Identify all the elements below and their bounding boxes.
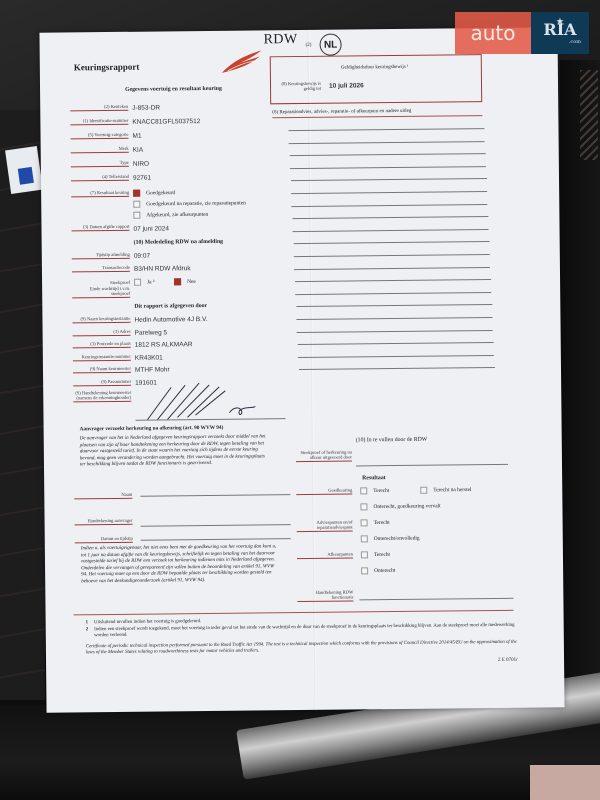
name-label: Naam — [74, 492, 132, 500]
validity-date: 10 juli 2026 — [329, 82, 364, 89]
inspection-report-document: Keuringsrapport RDW (2) NL Geldigheidsdu… — [39, 27, 564, 712]
issuer-field-label: (3) Postcode en plaats — [73, 341, 131, 349]
reinspection-note: Indien u, als voertuigeigenaar, het niet… — [81, 544, 281, 586]
footnote-number: 2 — [86, 627, 89, 638]
steekproef-label: Steekproef — [72, 280, 130, 286]
watermark-domain: .com — [569, 36, 581, 48]
rdw-option-text: Terecht — [373, 488, 389, 494]
vehicle-field-value: NIRO — [133, 161, 149, 168]
reinspection-body: De aanvrager van het in Nederland afgege… — [80, 434, 268, 469]
steekproef-option-ja[interactable]: Ja ² — [134, 279, 155, 286]
rdw-option-text: Terecht na herstel — [433, 487, 471, 493]
steekproef-option-nee[interactable]: Nee — [174, 278, 196, 285]
rdw-option-text: Onterecht — [374, 568, 395, 574]
rdw-row-label: Adviespunten en/of reparatieadviespunt — [297, 519, 353, 532]
footer-divider — [74, 610, 514, 616]
applicant-signature-input[interactable] — [141, 524, 291, 527]
vehicle-field-label: (4) Tellerstand — [71, 174, 129, 182]
result-option-text: Goedgekeurd na reparatie, zie reparatiep… — [146, 200, 246, 207]
repair-advice-line[interactable] — [295, 279, 491, 282]
rdw-result-option[interactable]: Onterecht, goedkeuring vervalt — [360, 503, 440, 511]
issuer-field-value: 1812 RS ALKMAAR — [135, 341, 193, 349]
certificate-text: Certificate of periodic technical inspec… — [86, 640, 526, 657]
result-checkbox[interactable] — [133, 212, 140, 219]
result-checkbox[interactable] — [133, 190, 140, 197]
car-seat-left — [0, 110, 45, 700]
checkbox-ja[interactable] — [134, 279, 141, 286]
repair-advice-line[interactable] — [289, 141, 485, 144]
watermark-ria: ★ RIA .com — [531, 12, 589, 54]
rdw-option-text: Onterecht, goedkeuring vervalt — [373, 503, 440, 510]
repair-advice-line[interactable] — [293, 229, 489, 232]
footnote-number: 1 — [86, 620, 88, 626]
validity-box: Geldigheidsduur keuringsbewijs ¹ (8) Keu… — [270, 54, 482, 104]
rdw-result-option[interactable]: Terecht — [361, 519, 390, 526]
rdw-result-option[interactable]: Terecht na herstel — [420, 486, 471, 494]
result-label: (7) Resultaat keuring — [71, 190, 129, 198]
vehicle-field-value: M1 — [133, 133, 142, 140]
watermark-ria-text: RIA — [543, 24, 576, 36]
rdw-checkbox[interactable] — [361, 519, 368, 526]
country-code-badge: NL — [319, 34, 341, 56]
repair-advice-line[interactable] — [293, 241, 489, 244]
repair-advice-line[interactable] — [291, 178, 487, 181]
issuer-field-label: Keuringsinstantie-nummer — [73, 353, 131, 361]
rdw-signature-input[interactable] — [359, 598, 513, 601]
notification-field-label: Transactiecode — [72, 265, 130, 273]
repair-advice-line[interactable] — [292, 216, 488, 219]
result-option-text: Afgekeurd, zie afkeurpunten — [146, 212, 208, 219]
date-label: (3) Datum afgifte rapport — [71, 224, 129, 232]
vehicle-field-value: KIA — [133, 147, 144, 154]
watermark-auto: auto — [455, 12, 531, 54]
form-code: 2 E 0701r — [498, 658, 518, 663]
inspector-signature-icon — [143, 376, 273, 421]
result-option[interactable]: Afgekeurd, zie afkeurpunten — [133, 211, 208, 219]
rdw-option-text: Terecht — [374, 520, 390, 526]
rdw-result-option[interactable]: Onterecht/onvolledig — [361, 535, 420, 543]
repair-advice-line[interactable] — [292, 204, 488, 207]
rdw-steekproef-input[interactable] — [356, 464, 508, 467]
vehicle-field-label: (2) Kenteken — [70, 104, 128, 112]
rdw-steekproef-label: Steekproef of herkeuring na afkeur uitge… — [296, 449, 352, 462]
repair-advice-line[interactable] — [295, 292, 491, 295]
repair-advice-line[interactable] — [297, 330, 493, 333]
issuer-field-value: Parelweg 5 — [135, 329, 168, 336]
country-ref: (2) — [306, 43, 312, 48]
validity-heading: Geldigheidsduur keuringsbewijs ¹ — [341, 65, 409, 71]
vehicle-field-label: (1) Identificatie-nummer — [70, 118, 128, 126]
rdw-checkbox[interactable] — [360, 487, 367, 494]
pavement-tile — [530, 765, 600, 800]
issuer-field-label: (3) Adres — [73, 328, 131, 336]
vehicle-field-label: Merk — [71, 146, 129, 154]
rdw-result-option[interactable]: Terecht — [360, 487, 389, 494]
notification-field-label: Tijdstip afmelding — [72, 252, 130, 260]
vehicle-field-label: Type — [71, 160, 129, 168]
vehicle-section-title: Gegevens voertuig en resultaat keuring — [125, 86, 222, 93]
datetime-input[interactable] — [141, 538, 291, 541]
notification-field-value: B3/HN RDW Afdruk — [134, 265, 191, 273]
repair-advice-line[interactable] — [291, 191, 487, 194]
name-input[interactable] — [140, 494, 290, 497]
result-checkbox[interactable] — [133, 201, 140, 208]
repair-advice-line[interactable] — [296, 304, 492, 307]
result-heading: Resultaat — [362, 475, 386, 481]
rdw-checkbox[interactable] — [361, 567, 368, 574]
notification-section-title: (10) Mededeling RDW na afmelding — [134, 239, 223, 246]
applicant-signature-label: Handtekening aanvrager — [75, 518, 133, 526]
result-option[interactable]: Goedgekeurd na reparatie, zie reparatiep… — [133, 200, 246, 208]
reinspection-title: Aanvrager verzoekt herkeuring na afkeuri… — [80, 425, 224, 433]
repair-advice-heading: (6) Reparatieadvies, advies-, reparatie-… — [272, 109, 411, 115]
issuer-field-label: (9) Naam keurmeester — [73, 366, 131, 374]
rdw-row-label: Goedkeuring — [296, 487, 352, 495]
rdw-row-label: Afkeurpunten — [297, 551, 353, 559]
repair-advice-line[interactable] — [294, 254, 490, 257]
rdw-option-text: Terecht — [374, 552, 390, 558]
repair-advice-line[interactable] — [298, 342, 494, 345]
repair-advice-line[interactable] — [298, 355, 494, 358]
document-title: Keuringsrapport — [74, 62, 140, 73]
seat-tag — [5, 146, 43, 194]
issuer-field-label: (9) Passnummer — [73, 378, 131, 386]
autoria-watermark: auto ★ RIA .com — [455, 12, 589, 54]
einde-wachttijd-label: Einde wachttijd i.v.m. steekproef — [72, 286, 130, 299]
checkbox-nee[interactable] — [174, 278, 181, 285]
seat-stitching — [580, 70, 598, 160]
result-option[interactable]: Goedgekeurd — [133, 189, 175, 196]
datetime-label: Datum en tijdstip — [75, 536, 133, 544]
repair-advice-line[interactable] — [288, 128, 484, 131]
rdw-option-text: Onterecht/onvolledig — [374, 536, 420, 542]
issuer-section-title: Dit rapport is afgegeven door — [134, 303, 207, 310]
vehicle-field-value: 92761 — [133, 175, 151, 182]
issuer-field-value: MTHF Mohr — [135, 366, 170, 373]
notification-field-value: 09:07 — [134, 253, 150, 260]
rdw-signature-label: Handtekening RDW functionaris — [297, 589, 353, 602]
rdw-wing-logo-icon — [220, 48, 264, 74]
date-value: 07 juni 2024 — [133, 225, 168, 232]
rdw-checkbox[interactable] — [361, 551, 368, 558]
repair-advice-line[interactable] — [290, 153, 486, 156]
vehicle-field-value: J-853-DR — [132, 104, 160, 111]
signature-inspector-label: (9) Handtekening keurmeester (namens de … — [73, 390, 131, 403]
rdw-checkbox[interactable] — [360, 503, 367, 510]
vehicle-field-label: (5) Voertuig-categorie — [70, 132, 128, 140]
issuer-field-value: Hedin Automotive 4J B.V. — [134, 316, 207, 324]
repair-advice-line[interactable] — [294, 267, 490, 270]
issuer-field-label: (9) Naam keuringsinstantie — [72, 316, 130, 324]
repair-advice-line[interactable] — [290, 166, 486, 169]
rdw-authority: RDW — [263, 32, 297, 48]
vehicle-field-value: KNACC81GFL5037512 — [132, 118, 200, 126]
rdw-result-option[interactable]: Onterecht — [361, 567, 395, 574]
divider — [272, 115, 482, 118]
repair-advice-line[interactable] — [299, 367, 495, 370]
validity-label: (8) Keuringsbewijs is geldig tot — [281, 81, 321, 91]
issuer-field-value: KR43K01 — [135, 354, 163, 361]
footnote-text: Uitsluitend invullen indien het voertuig… — [94, 619, 201, 626]
result-option-text: Goedgekeurd — [146, 190, 175, 196]
repair-advice-line[interactable] — [296, 317, 492, 320]
rdw-section-title: (10) In te vullen door de RDW — [356, 437, 428, 444]
rdw-checkbox[interactable] — [420, 487, 427, 494]
rdw-result-option[interactable]: Terecht — [361, 551, 390, 558]
rdw-checkbox[interactable] — [361, 535, 368, 542]
